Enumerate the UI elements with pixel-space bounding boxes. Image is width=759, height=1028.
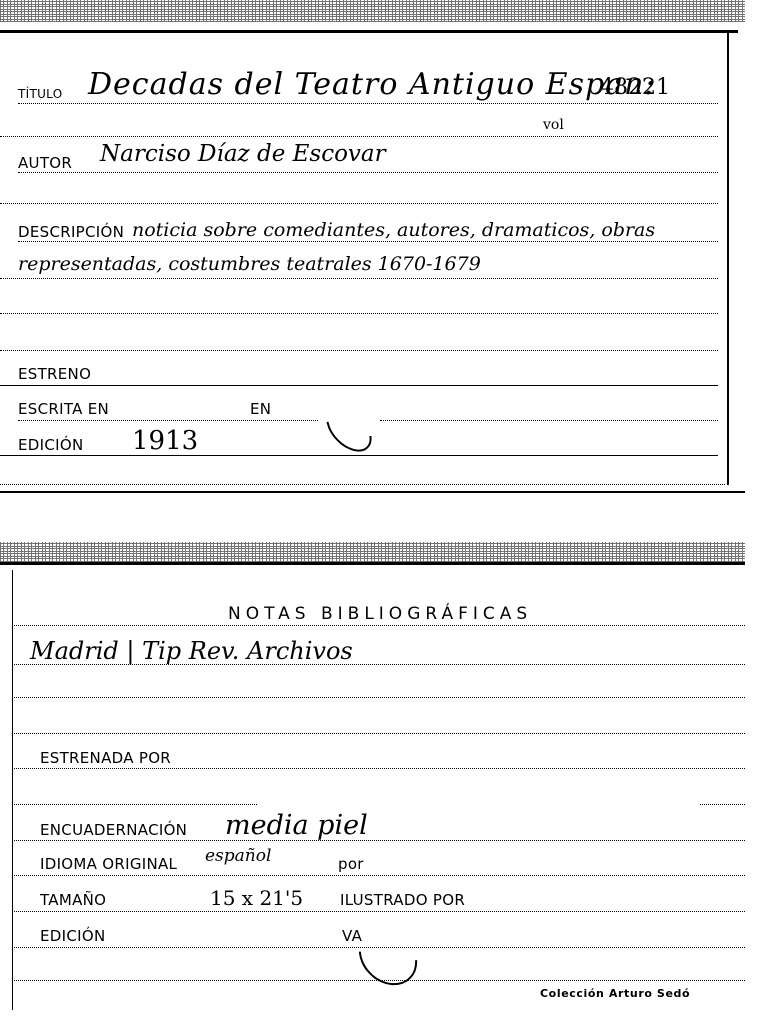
titulo-rule <box>18 103 718 104</box>
edicion-value: 1913 <box>132 428 198 454</box>
estreno-label: ESTRENO <box>18 367 91 382</box>
estrenada-por-label: ESTRENADA POR <box>40 751 171 766</box>
descripcion-line-1: noticia sobre comediantes, autores, dram… <box>132 221 655 240</box>
autor-label: AUTOR <box>18 156 72 171</box>
titulo-annotation: vol <box>543 118 564 132</box>
estrenada-por-rule <box>12 768 745 769</box>
edicion-back-label: EDICIÓN <box>40 929 105 944</box>
autor-rule <box>18 172 718 173</box>
encuadernacion-value: media piel <box>225 812 368 839</box>
descripcion-label: DESCRIPCIÓN <box>18 225 124 240</box>
rule <box>0 484 725 485</box>
edicion-label: EDICIÓN <box>18 438 83 453</box>
rule <box>12 697 745 698</box>
notes-line-1: Madrid | Tip Rev. Archivos <box>30 639 353 663</box>
autor-value: Narciso Díaz de Escovar <box>100 143 386 166</box>
notas-heading: NOTAS BIBLIOGRÁFICAS <box>228 606 532 623</box>
rule <box>12 733 745 734</box>
torn-edge-top <box>0 0 745 22</box>
ilustrado-por-label: ILUSTRADO POR <box>340 893 465 908</box>
card-top-edge <box>0 30 738 33</box>
rule <box>12 804 257 805</box>
stamp-mark <box>318 398 380 460</box>
descripcion-rule-2 <box>0 278 718 279</box>
escrita-en-rule <box>18 420 318 421</box>
encuadernacion-label: ENCUADERNACIÓN <box>40 823 187 838</box>
rule <box>0 313 718 314</box>
en-label: EN <box>250 402 271 417</box>
torn-edge-top <box>0 542 745 564</box>
rule <box>700 804 745 805</box>
por-label: por <box>338 857 364 872</box>
edicion-rule <box>0 455 718 456</box>
rule <box>12 625 745 626</box>
titulo-value: Decadas del Teatro Antiguo Espan: <box>88 70 656 100</box>
card-top-edge <box>0 562 745 565</box>
idioma-original-value: español <box>205 848 271 865</box>
card-right-edge <box>727 30 729 485</box>
card-bottom-edge <box>0 491 745 493</box>
tamano-rule <box>12 911 745 912</box>
escrita-en-rule-right <box>380 420 718 421</box>
collection-footer: Colección Arturo Sedó <box>540 987 690 1000</box>
rule <box>0 136 718 137</box>
card-left-edge <box>12 570 13 1010</box>
encuadernacion-rule <box>12 840 745 841</box>
estreno-rule <box>0 385 718 386</box>
escrita-en-label: ESCRITA EN <box>18 402 109 417</box>
rule <box>0 203 718 204</box>
idioma-rule <box>12 875 745 876</box>
descripcion-rule-1 <box>18 241 718 242</box>
descripcion-line-2: representadas, costumbres teatrales 1670… <box>18 255 481 274</box>
rule <box>12 980 745 981</box>
catalog-number: 48221 <box>600 77 670 99</box>
titulo-label: TÍTULO <box>18 88 63 100</box>
rule <box>0 350 718 351</box>
tamano-label: TAMAÑO <box>40 893 106 908</box>
tamano-value: 15 x 21'5 <box>210 888 303 908</box>
idioma-original-label: IDIOMA ORIGINAL <box>40 857 177 872</box>
rule <box>12 664 745 665</box>
